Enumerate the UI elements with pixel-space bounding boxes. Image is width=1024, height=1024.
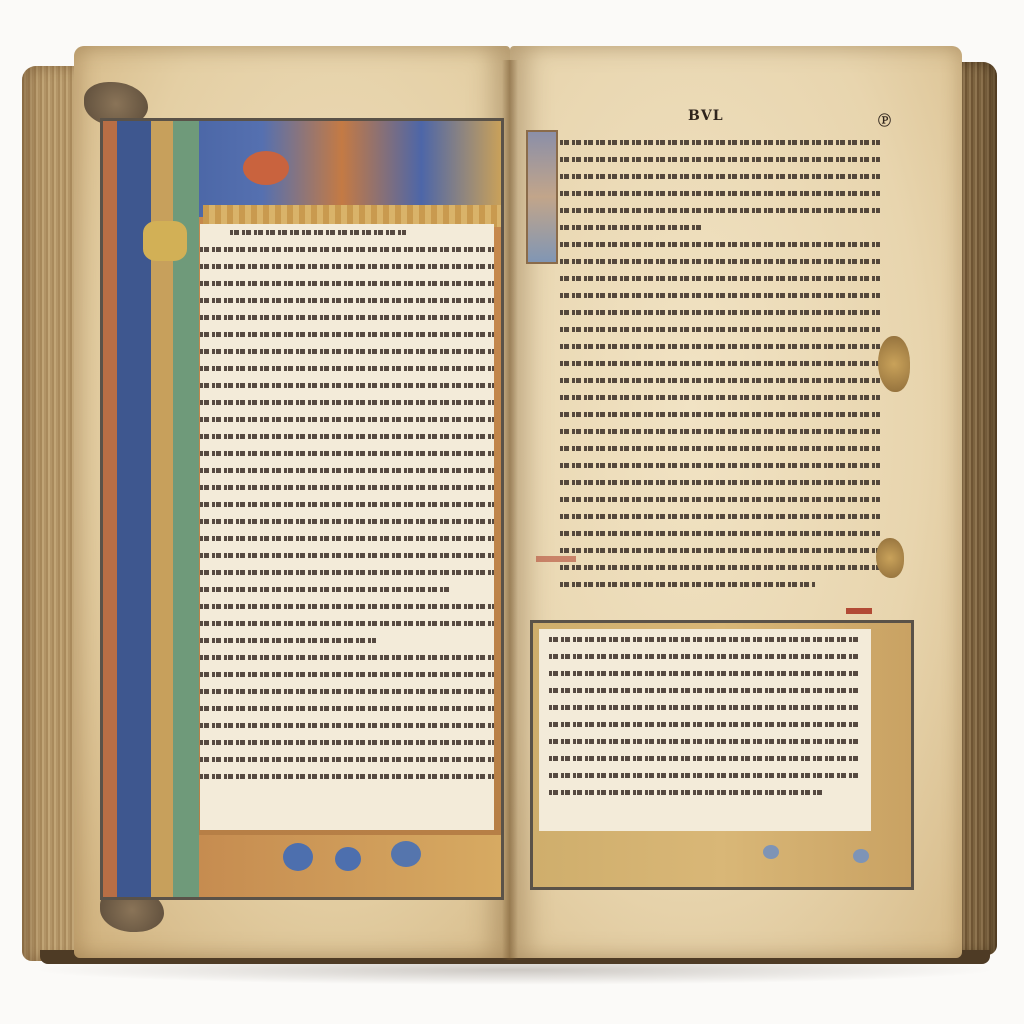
page-mark: Ⓟ	[878, 110, 891, 129]
rubric-mark	[536, 556, 576, 562]
marginal-ornament	[878, 336, 910, 392]
gold-medallion	[143, 221, 187, 261]
red-medallion	[243, 151, 289, 185]
blue-medallion	[283, 843, 313, 871]
left-text-block	[200, 224, 494, 830]
running-header: BVL	[688, 108, 724, 124]
frame-text-area	[539, 629, 871, 831]
book-gutter	[502, 60, 518, 960]
right-text-block	[560, 140, 880, 610]
blue-medallion	[763, 845, 779, 859]
right-illuminated-frame	[530, 620, 914, 890]
decorated-initial	[526, 130, 558, 264]
blue-medallion	[853, 849, 869, 863]
marginal-ornament	[876, 538, 904, 578]
blue-medallion	[335, 847, 361, 871]
rubric-mark	[846, 608, 872, 614]
blue-medallion	[391, 841, 421, 867]
